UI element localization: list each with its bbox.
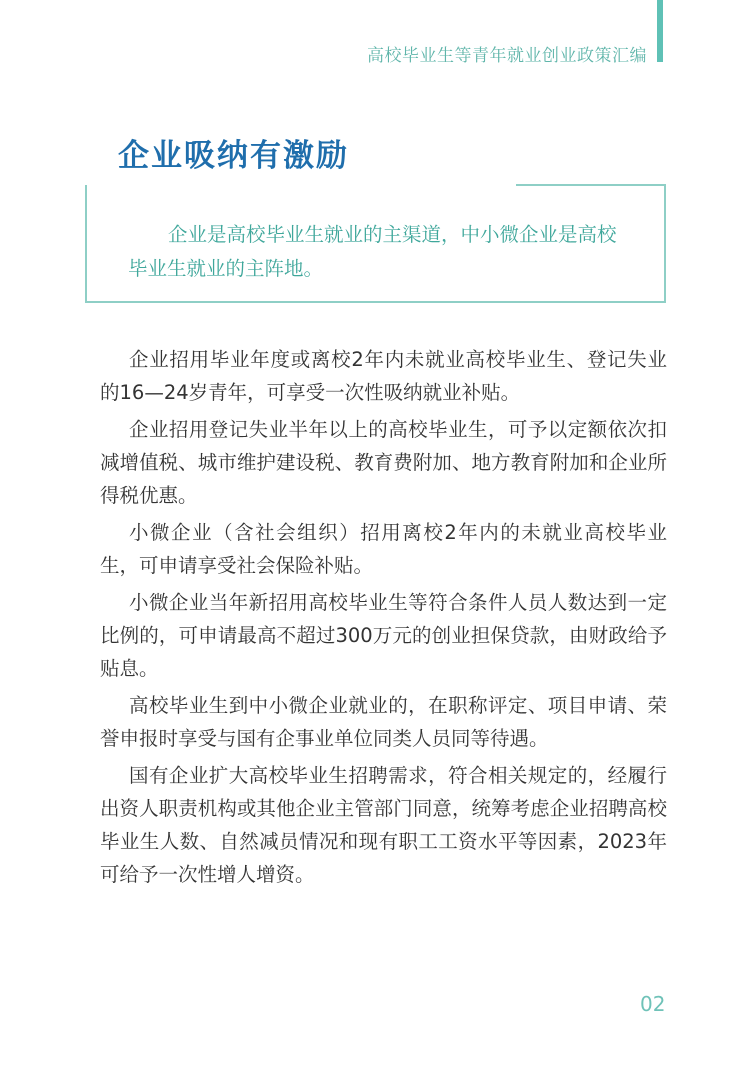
paragraph: 企业招用毕业年度或离校2年内未就业高校毕业生、登记失业的16—24岁青年，可享受… — [100, 343, 667, 409]
body-text: 企业招用毕业年度或离校2年内未就业高校毕业生、登记失业的16—24岁青年，可享受… — [100, 343, 667, 895]
box-border-top — [516, 184, 666, 186]
intro-box: 企业是高校毕业生就业的主渠道，中小微企业是高校毕业生就业的主阵地。 — [85, 184, 664, 302]
box-border-bottom — [85, 301, 666, 303]
paragraph: 企业招用登记失业半年以上的高校毕业生，可予以定额依次扣减增值税、城市维护建设税、… — [100, 413, 667, 512]
page-number: 02 — [640, 992, 665, 1016]
header-accent-bar — [657, 0, 663, 62]
box-border-right — [664, 184, 666, 303]
paragraph: 小微企业（含社会组织）招用离校2年内的未就业高校毕业生，可申请享受社会保险补贴。 — [100, 516, 667, 582]
paragraph: 高校毕业生到中小微企业就业的，在职称评定、项目申请、荣誉申报时享受与国有企事业单… — [100, 689, 667, 755]
intro-text: 企业是高校毕业生就业的主渠道，中小微企业是高校毕业生就业的主阵地。 — [128, 218, 628, 286]
box-border-left — [85, 185, 87, 303]
section-title: 企业吸纳有激励 — [118, 130, 349, 175]
paragraph: 小微企业当年新招用高校毕业生等符合条件人员人数达到一定比例的，可申请最高不超过3… — [100, 586, 667, 685]
paragraph: 国有企业扩大高校毕业生招聘需求，符合相关规定的，经履行出资人职责机构或其他企业主… — [100, 759, 667, 891]
running-header: 高校毕业生等青年就业创业政策汇编 — [367, 41, 647, 66]
